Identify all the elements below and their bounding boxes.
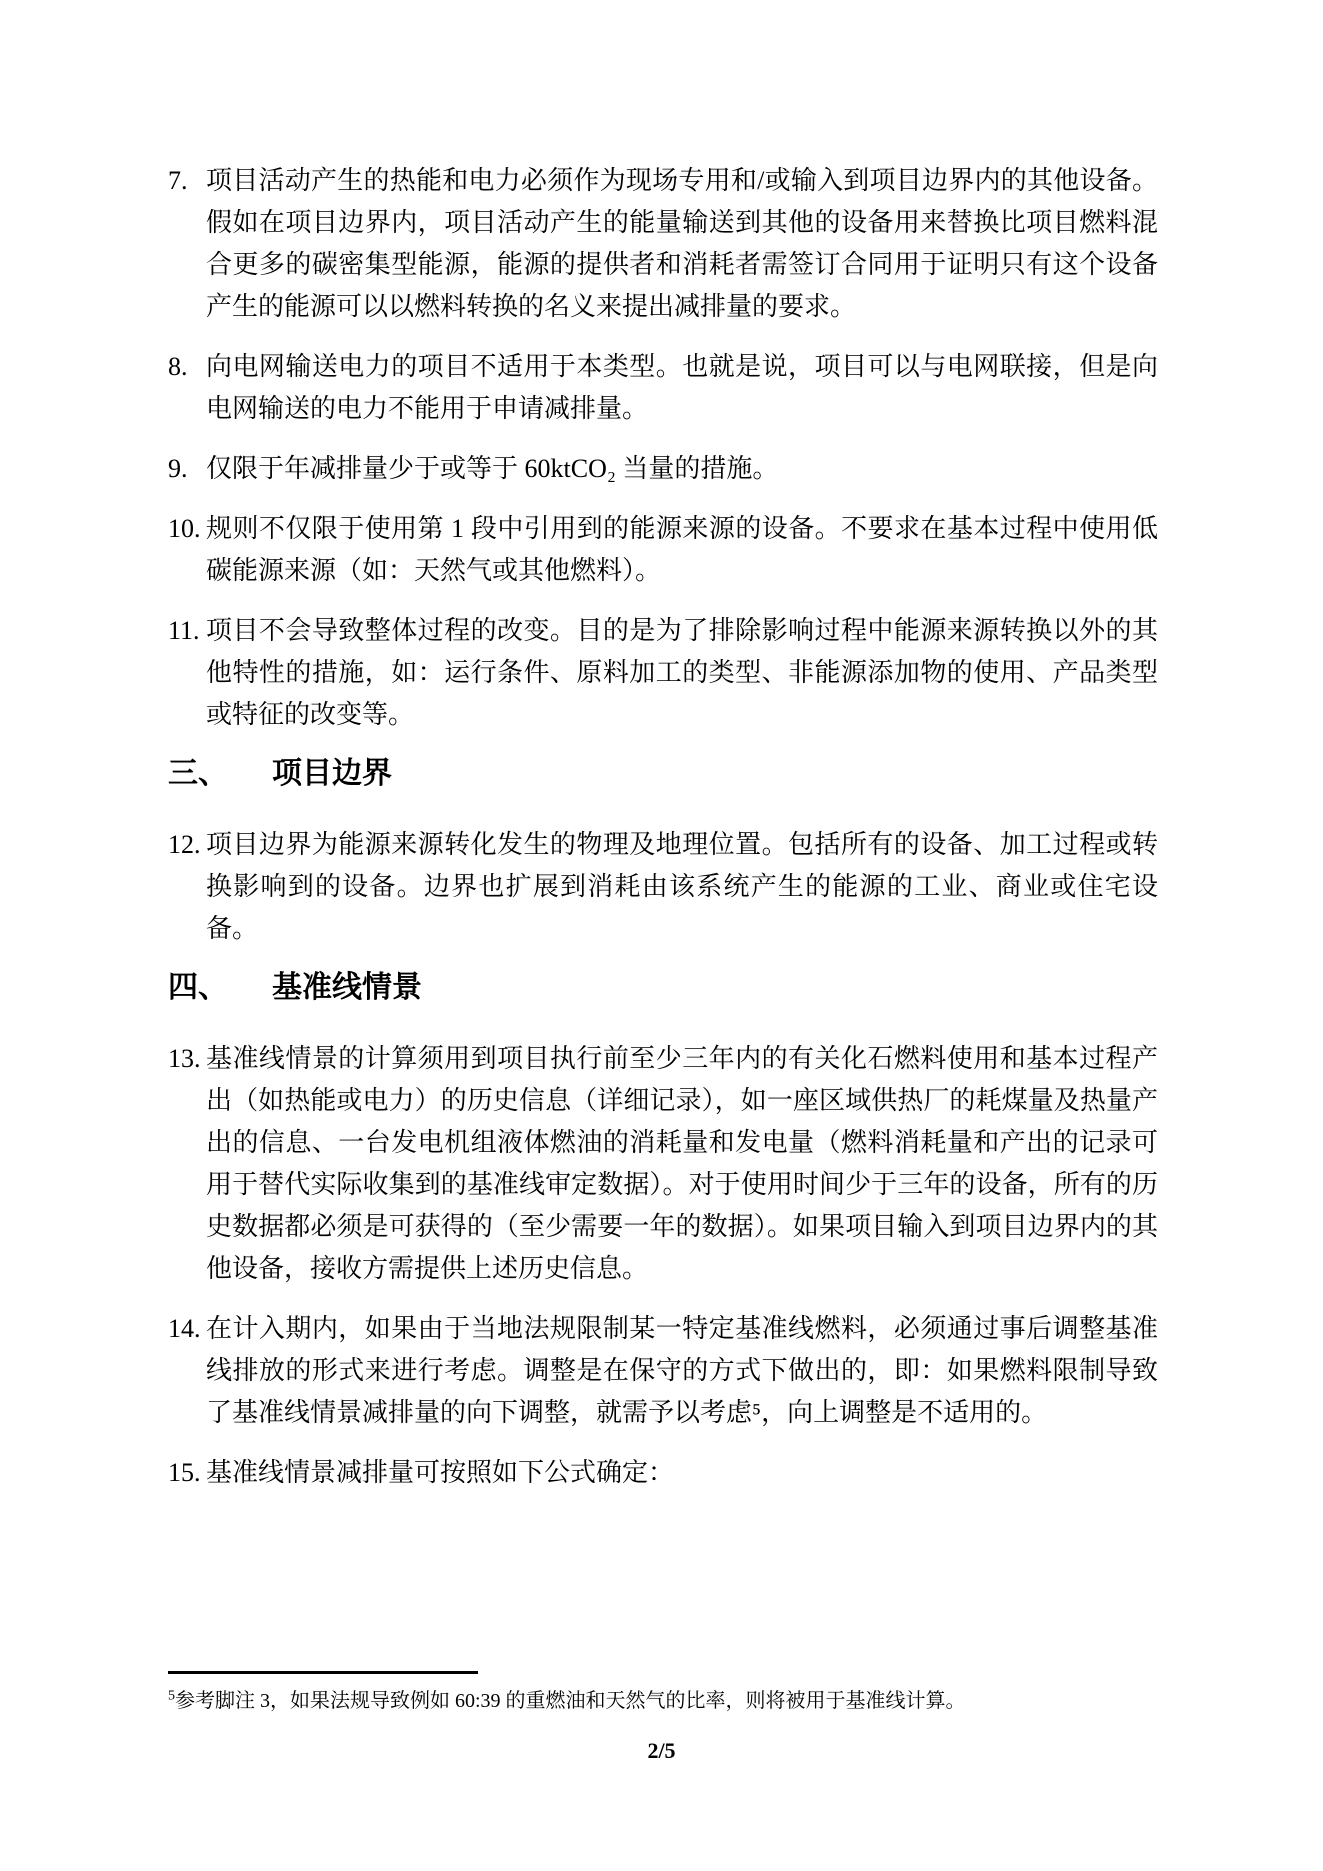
item-text: 仅限于年减排量少于或等于 60ktCO₂ 当量的措施。	[206, 448, 1158, 490]
item-text: 规则不仅限于使用第 1 段中引用到的能源来源的设备。不要求在基本过程中使用低碳能…	[206, 508, 1158, 592]
item-text: 向电网输送电力的项目不适用于本类型。也就是说，项目可以与电网联接，但是向电网输送…	[206, 346, 1158, 430]
heading-number: 四、	[168, 968, 272, 1008]
section-heading-project-boundary: 三、 项目边界	[168, 754, 1158, 794]
item-number: 14.	[168, 1308, 206, 1434]
heading-number: 三、	[168, 754, 272, 794]
item-text: 基准线情景的计算须用到项目执行前至少三年内的有关化石燃料使用和基本过程产出（如热…	[206, 1038, 1158, 1290]
item-number: 12.	[168, 824, 206, 950]
item-number: 8.	[168, 346, 206, 430]
heading-title: 项目边界	[272, 754, 392, 794]
list-item-14: 14. 在计入期内，如果由于当地法规限制某一特定基准线燃料，必须通过事后调整基准…	[168, 1308, 1158, 1434]
item-text: 项目边界为能源来源转化发生的物理及地理位置。包括所有的设备、加工过程或转换影响到…	[206, 824, 1158, 950]
item-number: 15.	[168, 1452, 206, 1494]
footnote-area: 5参考脚注 3，如果法规导致例如 60:39 的重燃油和天然气的比率，则将被用于…	[168, 1671, 1158, 1716]
footnote-divider	[168, 1671, 478, 1674]
item-number: 13.	[168, 1038, 206, 1290]
page-number: 2/5	[0, 1738, 1323, 1764]
list-item-8: 8. 向电网输送电力的项目不适用于本类型。也就是说，项目可以与电网联接，但是向电…	[168, 346, 1158, 430]
list-item-11: 11. 项目不会导致整体过程的改变。目的是为了排除影响过程中能源来源转换以外的其…	[168, 610, 1158, 736]
item-text: 在计入期内，如果由于当地法规限制某一特定基准线燃料，必须通过事后调整基准线排放的…	[206, 1308, 1158, 1434]
item-text: 基准线情景减排量可按照如下公式确定：	[206, 1452, 1158, 1494]
footnote-marker: 5	[168, 1688, 175, 1703]
item-text: 项目不会导致整体过程的改变。目的是为了排除影响过程中能源来源转换以外的其他特性的…	[206, 610, 1158, 736]
item-number: 7.	[168, 160, 206, 328]
document-page: 7. 项目活动产生的热能和电力必须作为现场专用和/或输入到项目边界内的其他设备。…	[0, 0, 1323, 1871]
item-number: 9.	[168, 448, 206, 490]
list-item-10: 10. 规则不仅限于使用第 1 段中引用到的能源来源的设备。不要求在基本过程中使…	[168, 508, 1158, 592]
list-item-12: 12. 项目边界为能源来源转化发生的物理及地理位置。包括所有的设备、加工过程或转…	[168, 824, 1158, 950]
footnote-body: 参考脚注 3，如果法规导致例如 60:39 的重燃油和天然气的比率，则将被用于基…	[175, 1690, 966, 1712]
heading-title: 基准线情景	[272, 968, 422, 1008]
section-heading-baseline-scenario: 四、 基准线情景	[168, 968, 1158, 1008]
item-number: 10.	[168, 508, 206, 592]
item-number: 11.	[168, 610, 206, 736]
list-item-13: 13. 基准线情景的计算须用到项目执行前至少三年内的有关化石燃料使用和基本过程产…	[168, 1038, 1158, 1290]
list-item-7: 7. 项目活动产生的热能和电力必须作为现场专用和/或输入到项目边界内的其他设备。…	[168, 160, 1158, 328]
document-body: 7. 项目活动产生的热能和电力必须作为现场专用和/或输入到项目边界内的其他设备。…	[168, 160, 1158, 1512]
list-item-15: 15. 基准线情景减排量可按照如下公式确定：	[168, 1452, 1158, 1494]
item-text: 项目活动产生的热能和电力必须作为现场专用和/或输入到项目边界内的其他设备。假如在…	[206, 160, 1158, 328]
footnote-text: 5参考脚注 3，如果法规导致例如 60:39 的重燃油和天然气的比率，则将被用于…	[168, 1686, 1158, 1716]
list-item-9: 9. 仅限于年减排量少于或等于 60ktCO₂ 当量的措施。	[168, 448, 1158, 490]
